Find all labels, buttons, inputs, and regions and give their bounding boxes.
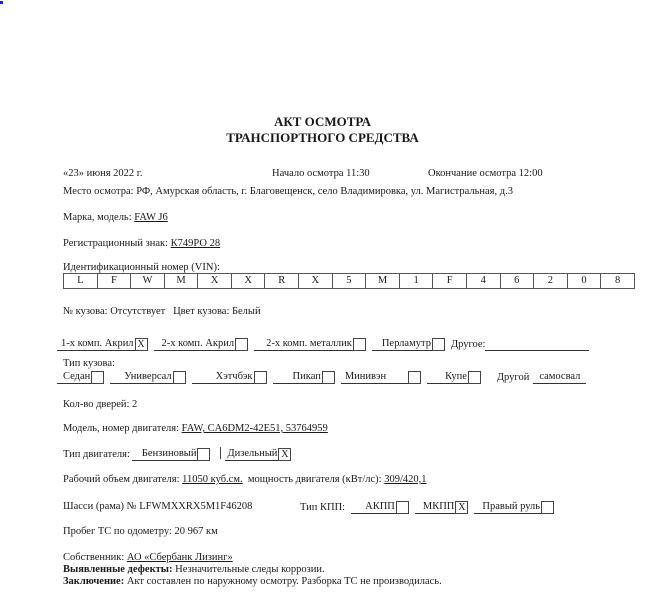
registration-row: Регистрационный знак: К749РО 28 bbox=[63, 237, 220, 250]
conclusion-label: Заключение: bbox=[63, 576, 124, 587]
engine-type-label: Тип двигателя: bbox=[63, 448, 130, 461]
vin-char-cell: 6 bbox=[500, 274, 534, 289]
engine-model-label: Модель, номер двигателя: bbox=[63, 423, 182, 434]
body-type-option-label: Седан bbox=[57, 370, 91, 384]
vin-char-cell: R bbox=[265, 274, 299, 289]
checkbox[interactable]: X bbox=[278, 448, 291, 461]
body-type-option[interactable]: Купе bbox=[427, 370, 481, 384]
owner-value: АО «Сбербанк Лизинг» bbox=[127, 552, 233, 563]
power-label: мощность двигателя (кВт/лс): bbox=[248, 474, 384, 485]
title-line-2: ТРАНСПОРТНОГО СРЕДСТВА bbox=[0, 130, 645, 146]
defects-value: Незначительные следы коррозии. bbox=[172, 564, 324, 575]
title-line-1: АКТ ОСМОТРА bbox=[0, 114, 645, 130]
paint-options-row: 1-х комп. АкрилX2-х комп. Акрил2-х комп.… bbox=[57, 337, 589, 351]
body-type-option-label: Пикап bbox=[273, 370, 322, 384]
vin-char-cell: 4 bbox=[466, 274, 500, 289]
body-type-other-label: Другой bbox=[497, 371, 529, 384]
engine-model-row: Модель, номер двигателя: FAW, CA6DM2-42E… bbox=[63, 422, 328, 435]
document-title: АКТ ОСМОТРА ТРАНСПОРТНОГО СРЕДСТВА bbox=[0, 114, 645, 146]
paint-other-field[interactable] bbox=[485, 337, 589, 351]
power-value: 309/420,1 bbox=[384, 474, 426, 485]
gearbox-option-label: Правый руль bbox=[474, 500, 541, 514]
body-type-option[interactable]: Пикап bbox=[273, 370, 335, 384]
conclusion-row: Заключение: Акт составлен по наружному о… bbox=[63, 575, 442, 588]
inspection-date: «23» июня 2022 г. bbox=[63, 167, 143, 180]
body-type-option[interactable]: Седан bbox=[57, 370, 104, 384]
defects-label: Выявленные дефекты: bbox=[63, 564, 172, 575]
body-type-option-label: Минивэн bbox=[341, 370, 408, 384]
paint-option[interactable]: 2-х комп. Акрил bbox=[154, 337, 249, 351]
inspection-place: Место осмотра: РФ, Амурская область, г. … bbox=[63, 185, 513, 198]
displacement-label: Рабочий объем двигателя: bbox=[63, 474, 182, 485]
body-type-row: СеданУниверсалХэтчбэкПикапМинивэнКупе Др… bbox=[57, 370, 586, 384]
paint-option[interactable]: Перламутр bbox=[372, 337, 445, 351]
body-type-option[interactable]: Универсал bbox=[110, 370, 185, 384]
checkbox[interactable] bbox=[432, 338, 445, 351]
checkbox[interactable] bbox=[396, 501, 409, 514]
registration-label: Регистрационный знак: bbox=[63, 238, 171, 249]
paint-option-label: 1-х комп. Акрил bbox=[57, 337, 135, 351]
mileage: Пробег ТС по одометру: 20 967 км bbox=[63, 525, 218, 538]
body-type-option[interactable]: Хэтчбэк bbox=[192, 370, 267, 384]
separator bbox=[220, 447, 221, 459]
body-info-row: № кузова: Отсутствует Цвет кузова: Белый bbox=[63, 305, 261, 318]
engine-type-option[interactable]: ДизельныйX bbox=[225, 447, 291, 461]
inspection-end-time: Окончание осмотра 12:00 bbox=[428, 167, 543, 180]
displacement-value: 11050 куб.см. bbox=[182, 474, 242, 485]
engine-type-option-label: Дизельный bbox=[225, 447, 278, 461]
gearbox-option[interactable]: МКППX bbox=[415, 500, 469, 514]
paint-option-label: Перламутр bbox=[372, 337, 432, 351]
vin-char-cell: W bbox=[131, 274, 165, 289]
checkbox[interactable] bbox=[91, 371, 104, 384]
checkbox[interactable] bbox=[468, 371, 481, 384]
vin-char-cell: X bbox=[198, 274, 232, 289]
gearbox-option[interactable]: АКПП bbox=[351, 500, 409, 514]
checkbox[interactable] bbox=[254, 371, 267, 384]
paint-option[interactable]: 1-х комп. АкрилX bbox=[57, 337, 148, 351]
checkbox[interactable] bbox=[408, 371, 421, 384]
make-model-row: Марка, модель: FAW J6 bbox=[63, 211, 168, 224]
gearbox-option-label: МКПП bbox=[415, 500, 456, 514]
vin-char-cell: F bbox=[433, 274, 467, 289]
checkbox[interactable]: X bbox=[455, 501, 468, 514]
paint-other-label: Другое: bbox=[451, 338, 486, 351]
registration-value: К749РО 28 bbox=[171, 238, 220, 249]
body-type-other-value[interactable]: самосвал bbox=[533, 370, 586, 384]
checkbox[interactable] bbox=[197, 448, 210, 461]
owner-label: Собственник: bbox=[63, 552, 127, 563]
make-model-value: FAW J6 bbox=[134, 212, 167, 223]
engine-type-row: Тип двигателя: БензиновыйДизельныйX bbox=[63, 447, 297, 461]
doors-count: Кол-во дверей: 2 bbox=[63, 398, 137, 411]
checkbox[interactable] bbox=[235, 338, 248, 351]
engine-type-option-label: Бензиновый bbox=[132, 447, 198, 461]
vin-row: LFWMXXRX5M1F46208 bbox=[64, 274, 635, 289]
paint-option-label: 2-х комп. металлик bbox=[254, 337, 353, 351]
paint-option-label: 2-х комп. Акрил bbox=[154, 337, 236, 351]
conclusion-value: Акт составлен по наружному осмотру. Разб… bbox=[124, 576, 442, 587]
vin-char-cell: 8 bbox=[601, 274, 635, 289]
checkbox[interactable] bbox=[353, 338, 366, 351]
checkbox[interactable]: X bbox=[135, 338, 148, 351]
body-type-option-label: Универсал bbox=[110, 370, 172, 384]
vin-char-cell: X bbox=[299, 274, 333, 289]
corner-marker bbox=[0, 1, 3, 4]
body-type-option-label: Купе bbox=[427, 370, 468, 384]
chassis-number: Шасси (рама) № LFWMXXRX5M1F46208 bbox=[63, 500, 252, 513]
gearbox-row: Тип КПП: АКППМКППXПравый руль bbox=[300, 500, 560, 514]
vin-table: LFWMXXRX5M1F46208 bbox=[63, 273, 635, 289]
gearbox-option[interactable]: Правый руль bbox=[474, 500, 554, 514]
engine-model-value: FAW, CA6DM2-42E51, 53764959 bbox=[182, 423, 328, 434]
vin-char-cell: 2 bbox=[534, 274, 568, 289]
body-color: Цвет кузова: Белый bbox=[173, 306, 261, 317]
checkbox[interactable] bbox=[322, 371, 335, 384]
vin-char-cell: X bbox=[231, 274, 265, 289]
vin-char-cell: 5 bbox=[332, 274, 366, 289]
body-type-label: Тип кузова: bbox=[63, 357, 115, 370]
checkbox[interactable] bbox=[173, 371, 186, 384]
body-type-option[interactable]: Минивэн bbox=[341, 370, 421, 384]
vin-char-cell: 1 bbox=[399, 274, 433, 289]
paint-option[interactable]: 2-х комп. металлик bbox=[254, 337, 366, 351]
vin-char-cell: M bbox=[366, 274, 400, 289]
vin-char-cell: F bbox=[97, 274, 131, 289]
engine-type-option[interactable]: Бензиновый bbox=[132, 447, 211, 461]
body-type-option-label: Хэтчбэк bbox=[192, 370, 254, 384]
vin-char-cell: M bbox=[164, 274, 198, 289]
checkbox[interactable] bbox=[541, 501, 554, 514]
vin-char-cell: L bbox=[64, 274, 98, 289]
inspection-start-time: Начало осмотра 11:30 bbox=[272, 167, 370, 180]
gearbox-option-label: АКПП bbox=[351, 500, 396, 514]
gearbox-label: Тип КПП: bbox=[300, 501, 345, 514]
make-model-label: Марка, модель: bbox=[63, 212, 134, 223]
body-number: № кузова: Отсутствует bbox=[63, 306, 165, 317]
engine-capacity-row: Рабочий объем двигателя: 11050 куб.см. м… bbox=[63, 473, 427, 486]
vin-char-cell: 0 bbox=[567, 274, 601, 289]
